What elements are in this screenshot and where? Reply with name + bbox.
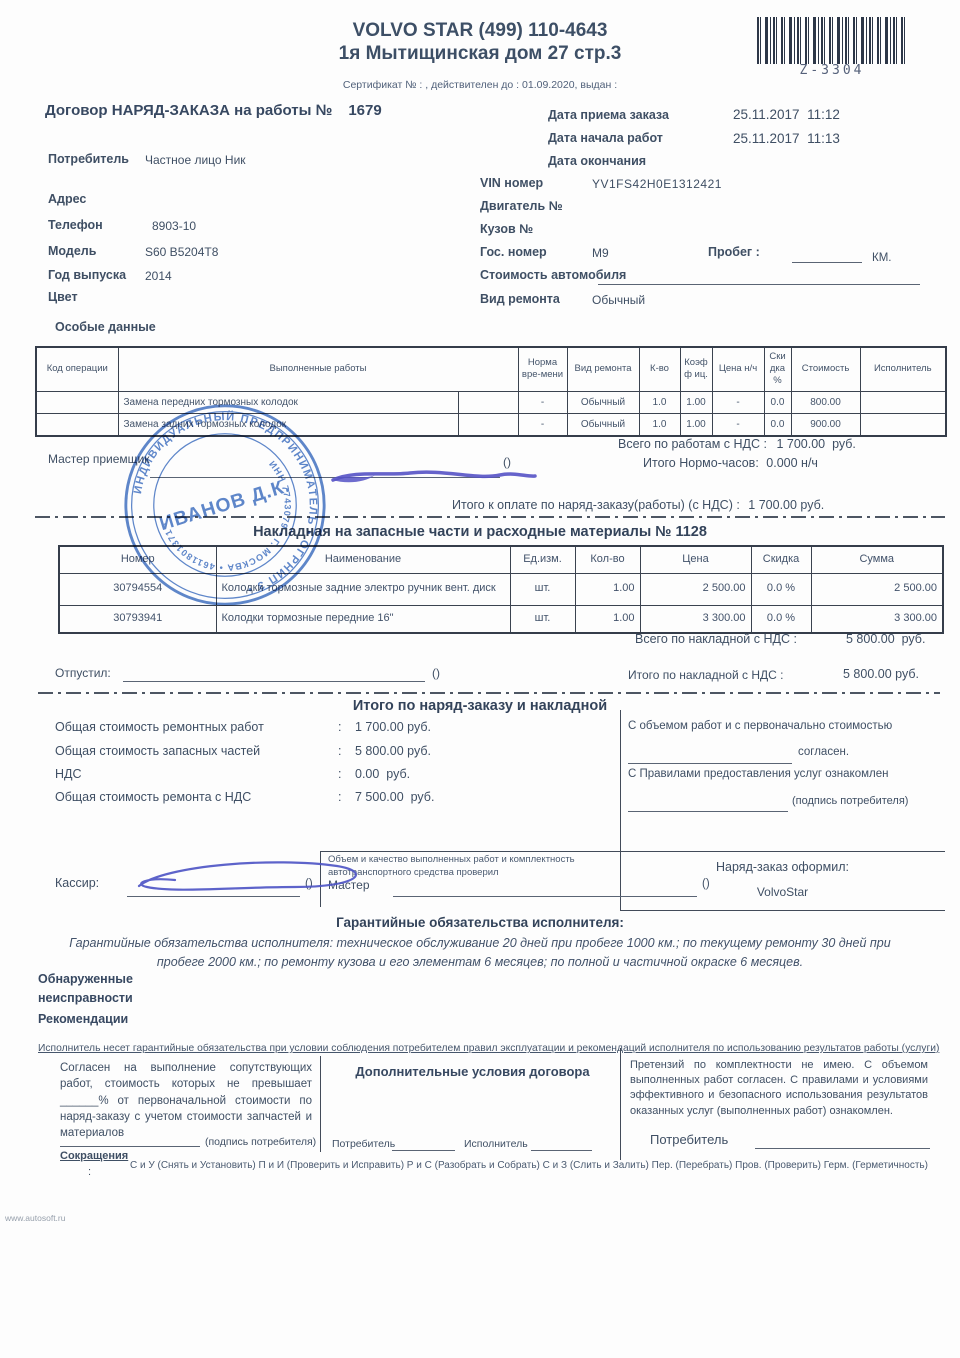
parts-cell-qty: 1.00 — [575, 573, 640, 605]
body-label: Кузов № — [480, 222, 533, 236]
works-cell-cost: 900.00 — [791, 413, 860, 436]
date-finished-label: Дата окончания — [548, 154, 646, 168]
parts-cell-disc: 0.0 % — [751, 573, 811, 605]
agreement-left-sign-line — [60, 1146, 200, 1147]
agreement-divider-2 — [620, 1048, 621, 1160]
works-col-cost: Стоимость — [791, 347, 860, 391]
works-col-rate: Цена н/ч — [712, 347, 764, 391]
parts-cell-price: 3 300.00 — [640, 605, 751, 633]
date-received-value: 25.11.2017 11:12 — [733, 107, 840, 122]
parts-cell-price: 2 500.00 — [640, 573, 751, 605]
summary-row-total-label: Общая стоимость ремонта с НДС — [55, 790, 251, 804]
works-col-qty: К-во — [639, 347, 680, 391]
norm-hours-value: 0.000 н/ч — [766, 456, 818, 470]
agree-line-3: С Правилами предоставления услуг ознаком… — [628, 768, 888, 780]
summary-divider — [620, 710, 621, 852]
date-received-label: Дата приема заказа — [548, 108, 669, 122]
agreement-middle-consumer: Потребитель — [332, 1138, 395, 1150]
works-cell-executor — [860, 391, 946, 413]
model-value: S60 B5204T8 — [145, 245, 218, 259]
works-col-disc: Скидка % — [764, 347, 791, 391]
parts-row: 30793941 Колодки тормозные передние 16" … — [59, 605, 943, 633]
works-cell-disc: 0.0 — [764, 391, 791, 413]
works-col-executor: Исполнитель — [860, 347, 946, 391]
phone-value: 8903-10 — [152, 219, 196, 233]
parts-cell-sum: 3 300.00 — [811, 605, 943, 633]
works-cell-coef: 1.00 — [680, 413, 712, 436]
parts-cell-number: 30793941 — [59, 605, 216, 633]
agreement-middle-executor-line — [531, 1150, 592, 1151]
agree-signature-line-1 — [628, 763, 792, 764]
summary-row-vat-value: 0.00 руб. — [355, 767, 410, 781]
order-title: Договор НАРЯД-ЗАКАЗА на работы №1679 — [45, 102, 382, 119]
parts-cell-sum: 2 500.00 — [811, 573, 943, 605]
cashier-signature — [105, 853, 385, 898]
parts-col-qty: Кол-во — [575, 546, 640, 573]
works-cell-code — [36, 391, 118, 413]
agreement-right-consumer-line — [755, 1148, 930, 1149]
agree-line-1: С объемом работ и с первоначально стоимо… — [628, 720, 892, 732]
works-cell-norm: - — [518, 391, 567, 413]
date-started-value: 25.11.2017 11:13 — [733, 131, 840, 146]
agreement-right-text: Претензий по комплектности не имею. С об… — [630, 1058, 928, 1119]
recommendations-label: Рекомендации — [38, 1012, 128, 1026]
summary-row-total-value: 7 500.00 руб. — [355, 790, 434, 804]
warranty-text: Гарантийные обязательства исполнителя: т… — [55, 934, 905, 973]
summary-row-works-colon: : — [338, 720, 341, 734]
agree-line-4: (подпись потребителя) — [792, 795, 908, 807]
car-value-underline — [598, 284, 920, 285]
summary-row-total-colon: : — [338, 790, 341, 804]
summary-row-vat-colon: : — [338, 767, 341, 781]
works-cell-cost: 800.00 — [791, 391, 860, 413]
works-total-label: Всего по работам с НДС : — [618, 437, 767, 451]
agree-signature-line-2 — [628, 811, 788, 812]
signoff-divider-2 — [620, 845, 621, 911]
agreement-middle-title: Дополнительные условия договора — [330, 1064, 615, 1079]
model-label: Модель — [48, 244, 96, 258]
color-label: Цвет — [48, 290, 78, 304]
certificate-line: Сертификат № : , действителен до : 01.09… — [0, 79, 960, 91]
summary-title: Итого по наряд-заказу и накладной — [0, 698, 960, 714]
order-number: 1679 — [348, 102, 381, 119]
separator-dashdot-2 — [38, 692, 940, 694]
parts-cell-unit: шт. — [510, 573, 575, 605]
special-data-label: Особые данные — [55, 320, 156, 334]
summary-row-works-label: Общая стоимость ремонтных работ — [55, 720, 264, 734]
mileage-underline — [792, 262, 862, 263]
norm-hours-label: Итого Нормо-часов: — [643, 456, 759, 470]
repair-type-value: Обычный — [592, 293, 645, 307]
barcode-label: Z-3304 — [757, 63, 907, 78]
pen-stroke-master — [315, 460, 545, 492]
date-started-label: Дата начала работ — [548, 131, 663, 145]
issued-label: Наряд-заказ оформил: — [620, 860, 945, 874]
works-col-type: Вид ремонта — [567, 347, 639, 391]
round-stamp: ИНДИВИДУАЛЬНЫЙ ПРЕДПРИНИМАТЕЛЬ • ОГРНИП … — [122, 402, 328, 608]
agreement-left-sign-label: (подпись потребителя) — [205, 1136, 316, 1148]
abbreviations-text: С и У (Снять и Установить) П и И (Провер… — [130, 1160, 942, 1171]
works-cell-disc: 0.0 — [764, 413, 791, 436]
agree-line-2: согласен. — [798, 746, 849, 758]
repair-type-label: Вид ремонта — [480, 292, 560, 306]
phone-label: Телефон — [48, 218, 103, 232]
consumer-value: Частное лицо Ник — [145, 153, 246, 167]
works-cell-coef: 1.00 — [680, 391, 712, 413]
agreement-left-text: Согласен на выполнение сопутствующих раб… — [60, 1060, 312, 1142]
year-label: Год выпуска — [48, 268, 126, 282]
works-col-opcode: Код операции — [36, 347, 118, 391]
works-cell-code — [36, 413, 118, 436]
abbreviations-label: Сокращения — [60, 1150, 128, 1162]
vin-value: YV1FS42H0E1312421 — [592, 177, 722, 191]
issued-value: VolvoStar — [620, 885, 945, 899]
norm-hours: Итого Нормо-часов: 0.000 н/ч — [643, 456, 818, 470]
payable-total: Итого к оплате по наряд-заказу(работы) (… — [452, 498, 824, 512]
summary-row-works-value: 1 700.00 руб. — [355, 720, 431, 734]
works-cell-executor — [860, 413, 946, 436]
released-label: Отпустил: — [55, 666, 111, 680]
mileage-label: Пробег : — [708, 245, 760, 259]
works-cell-rate: - — [712, 413, 764, 436]
consumer-label: Потребитель — [48, 152, 129, 166]
payable-value: 1 700.00 руб. — [748, 498, 824, 512]
works-total: Всего по работам с НДС : 1 700.00 руб. — [618, 437, 856, 451]
released-paren: () — [432, 666, 440, 680]
summary-row-parts-value: 5 800.00 руб. — [355, 744, 431, 758]
summary-row-vat-label: НДС — [55, 767, 82, 781]
agreement-right-consumer: Потребитель — [650, 1132, 728, 1147]
released-total-value: 5 800.00 руб. — [843, 667, 919, 681]
invoice-total-value: 5 800.00 руб. — [846, 632, 925, 646]
works-total-value: 1 700.00 руб. — [776, 437, 855, 451]
parts-col-unit: Ед.изм. — [510, 546, 575, 573]
parts-col-disc: Скидка — [751, 546, 811, 573]
car-value-label: Стоимость автомобиля — [480, 268, 626, 282]
warranty-title: Гарантийные обязательства исполнителя: — [0, 915, 960, 930]
engine-label: Двигатель № — [480, 199, 563, 213]
agreement-divider-1 — [320, 1056, 321, 1152]
agreement-middle-executor: Исполнитель — [464, 1138, 528, 1150]
signoff-top-line — [320, 851, 945, 852]
works-col-works: Выполненные работы — [118, 347, 518, 391]
works-cell-gap — [458, 413, 518, 436]
parts-cell-unit: шт. — [510, 605, 575, 633]
parts-cell-name: Колодки тормозные передние 16" — [216, 605, 510, 633]
works-col-norm: Норма вре-мени — [518, 347, 567, 391]
works-cell-type: Обычный — [567, 413, 639, 436]
mileage-units: КМ. — [872, 252, 891, 264]
vin-label: VIN номер — [480, 176, 543, 190]
work-order-document: VOLVO STAR (499) 110-4643 1я Мытищинская… — [0, 0, 960, 1358]
invoice-total-label: Всего по накладной с НДС : — [635, 632, 797, 646]
order-title-text: Договор НАРЯД-ЗАКАЗА на работы № — [45, 102, 332, 119]
works-cell-type: Обычный — [567, 391, 639, 413]
parts-col-price: Цена — [640, 546, 751, 573]
parts-col-sum: Сумма — [811, 546, 943, 573]
payable-label: Итого к оплате по наряд-заказу(работы) (… — [452, 498, 740, 512]
barcode-image — [757, 17, 907, 64]
footer-site: www.autosoft.ru — [5, 1213, 65, 1223]
works-col-coef: Коэфф иц. — [680, 347, 712, 391]
stamp-name-text: ИВАНОВ Д.К. — [157, 475, 293, 535]
works-cell-gap — [458, 391, 518, 413]
plate-value: М9 — [592, 246, 609, 260]
cashier-label: Кассир: — [55, 876, 99, 890]
faults-label: Обнаруженные неисправности — [38, 970, 188, 1009]
works-cell-qty: 1.0 — [639, 413, 680, 436]
released-signature-line — [123, 681, 425, 682]
summary-row-parts-label: Общая стоимость запасных частей — [55, 744, 260, 758]
works-cell-norm: - — [518, 413, 567, 436]
agreement-middle-consumer-line — [392, 1150, 455, 1151]
liability-line: Исполнитель несет гарантийные обязательс… — [38, 1043, 940, 1054]
works-cell-qty: 1.0 — [639, 391, 680, 413]
issued-bottom-line — [620, 910, 945, 911]
plate-label: Гос. номер — [480, 245, 547, 259]
released-total-label: Итого по накладной с НДС : — [628, 668, 783, 682]
summary-row-parts-colon: : — [338, 744, 341, 758]
parts-cell-qty: 1.00 — [575, 605, 640, 633]
parts-cell-disc: 0.0 % — [751, 605, 811, 633]
year-value: 2014 — [145, 269, 172, 283]
address-label: Адрес — [48, 192, 86, 206]
works-cell-rate: - — [712, 391, 764, 413]
abbreviations-colon: : — [88, 1166, 91, 1178]
